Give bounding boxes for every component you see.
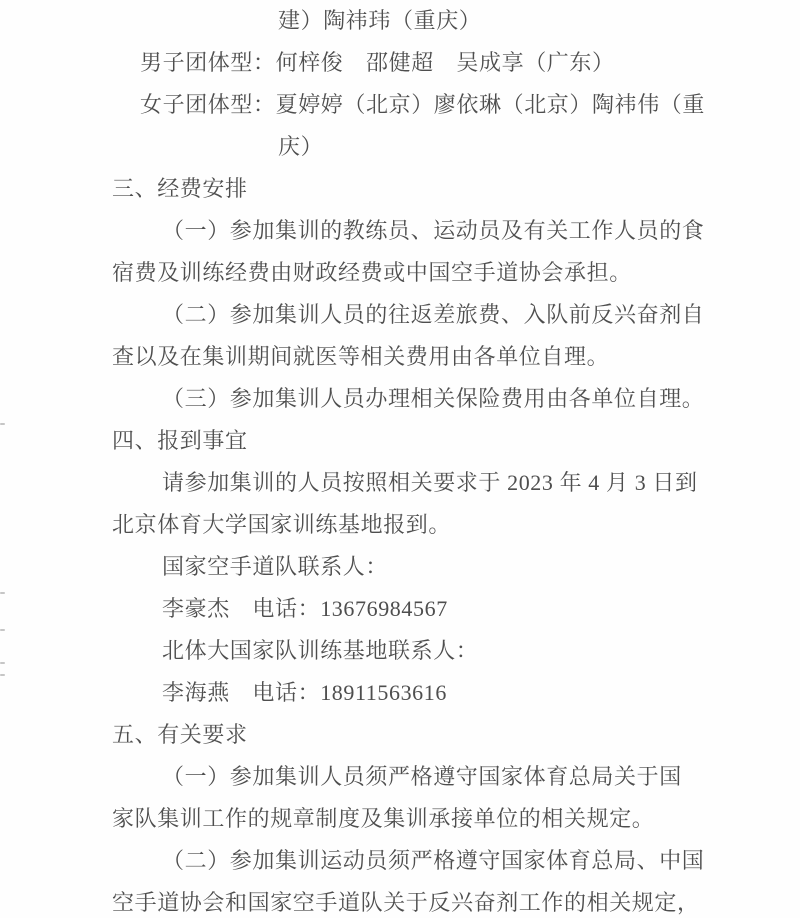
document-line: 男子团体型：何梓俊 邵健超 吴成享（广东）	[112, 42, 752, 84]
document-line: 建）陶祎玮（重庆）	[112, 0, 752, 42]
document-line: （二）参加集训运动员须严格遵守国家体育总局、中国	[112, 840, 752, 882]
document-line: （一）参加集训的教练员、运动员及有关工作人员的食	[112, 210, 752, 252]
document-page: 建）陶祎玮（重庆）男子团体型：何梓俊 邵健超 吴成享（广东）女子团体型：夏婷婷（…	[0, 0, 800, 918]
document-line: 四、报到事宜	[112, 420, 752, 462]
scan-artifact-mark	[0, 592, 5, 594]
document-line: 宿费及训练经费由财政经费或中国空手道协会承担。	[112, 252, 752, 294]
document-line: 李海燕 电话：18911563616	[112, 672, 752, 714]
document-line: 女子团体型：夏婷婷（北京）廖依琳（北京）陶祎伟（重	[112, 84, 752, 126]
document-line: 庆）	[112, 126, 752, 168]
scan-artifact-mark	[0, 674, 5, 676]
document-line: 三、经费安排	[112, 168, 752, 210]
document-line: 北体大国家队训练基地联系人：	[112, 630, 752, 672]
scan-artifact-mark	[0, 423, 5, 425]
document-line: 查以及在集训期间就医等相关费用由各单位自理。	[112, 336, 752, 378]
scan-artifact-mark	[0, 662, 5, 664]
document-body: 建）陶祎玮（重庆）男子团体型：何梓俊 邵健超 吴成享（广东）女子团体型：夏婷婷（…	[112, 0, 752, 918]
document-line: （一）参加集训人员须严格遵守国家体育总局关于国	[112, 756, 752, 798]
document-line: 请参加集训的人员按照相关要求于 2023 年 4 月 3 日到	[112, 462, 752, 504]
scan-artifact-mark	[0, 629, 5, 631]
document-line: 空手道协会和国家空手道队关于反兴奋剂工作的相关规定，	[112, 882, 752, 918]
document-line: 国家空手道队联系人：	[112, 546, 752, 588]
document-line: 五、有关要求	[112, 714, 752, 756]
document-line: （三）参加集训人员办理相关保险费用由各单位自理。	[112, 378, 752, 420]
document-line: 北京体育大学国家训练基地报到。	[112, 504, 752, 546]
document-line: 李豪杰 电话：13676984567	[112, 588, 752, 630]
document-line: 家队集训工作的规章制度及集训承接单位的相关规定。	[112, 798, 752, 840]
document-line: （二）参加集训人员的往返差旅费、入队前反兴奋剂自	[112, 294, 752, 336]
